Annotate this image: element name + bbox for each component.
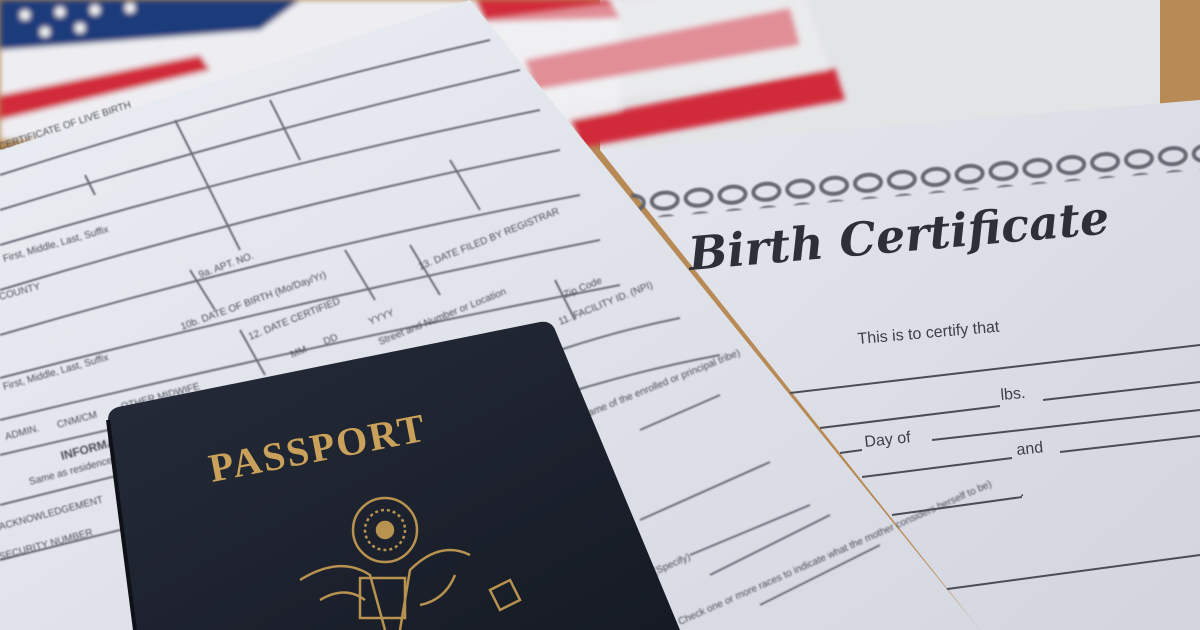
lbs-label: lbs. [1000,385,1026,404]
and-label: and [1016,439,1044,459]
photo-scene: Birth Certificate This is to certify tha… [0,0,1200,630]
period-mark: . [1020,483,1024,500]
